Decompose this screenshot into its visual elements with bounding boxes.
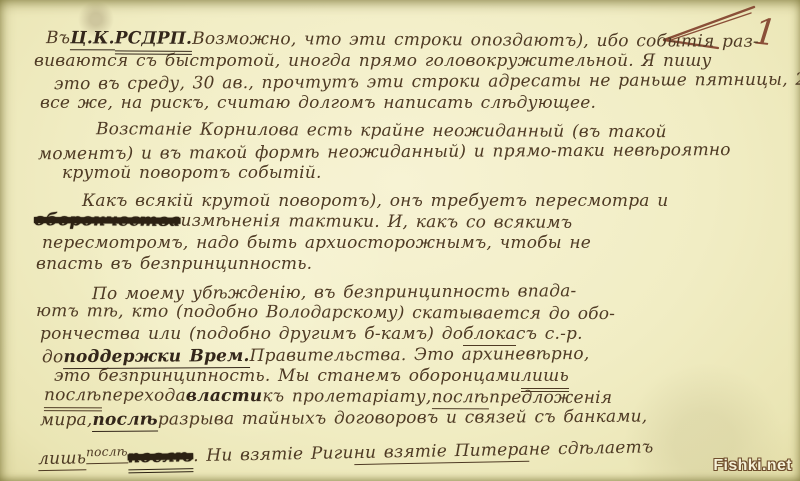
- manuscript-segment: къ пролетаріату,: [262, 386, 431, 408]
- manuscript-segment: мира,: [40, 410, 93, 431]
- manuscript-line: до поддержки Врем. Правительства. Это ар…: [42, 343, 782, 369]
- manuscript-line: моментъ) и въ такой формѣ неожиданный) и…: [38, 140, 782, 166]
- manuscript-line: лишь послѣ послѣ. Ни взятіе Риги ни взят…: [38, 429, 782, 464]
- manuscript-line: Въ Ц.К. РСДРП. Возможно, что эти строки …: [46, 28, 782, 53]
- manuscript-segment: лишь: [38, 448, 86, 471]
- manuscript-line: все же, на рискъ, считаю долгомъ написат…: [40, 93, 782, 114]
- manuscript-line: пересмотромъ, надо быть архиосторожнымъ,…: [42, 233, 782, 254]
- manuscript-segment: это безпринципность. Мы станемъ оборонца…: [54, 366, 521, 387]
- manuscript-segment: пересмотромъ, надо быть архиосторожнымъ,…: [42, 233, 591, 254]
- heading-addressee: РСДРП.: [115, 28, 193, 54]
- watermark-fishki: Fishki.net: [713, 457, 792, 475]
- manuscript-line: это безпринципность. Мы станемъ оборонца…: [54, 366, 782, 387]
- crossed-out-word: послѣ: [128, 446, 194, 473]
- manuscript-line: крутой поворотъ событій.: [62, 163, 782, 184]
- heading-addressee: Ц.К.: [70, 28, 115, 50]
- manuscript-segment: крутой поворотъ событій.: [62, 163, 322, 184]
- manuscript-segment: ютъ тѣ, кто (подобно Володарскому) скаты…: [36, 301, 615, 325]
- manuscript-line: это въ среду, 30 ав., прочтутъ эти строк…: [54, 70, 782, 95]
- manuscript-segment: не сдѣлаетъ: [529, 437, 654, 460]
- manuscript-segment: предложенія: [489, 387, 612, 409]
- manuscript-segment: послѣ: [44, 385, 102, 411]
- manuscript-line: рончества или (подобно другимъ б-камъ) д…: [40, 324, 782, 345]
- manuscript-line: мира, послѣ разрыва тайныхъ договоровъ и…: [40, 406, 782, 432]
- manuscript-segment: измѣненія тактики. И, какъ со всякимъ: [180, 211, 572, 234]
- manuscript-segment: блока: [463, 324, 516, 346]
- manuscript-segment: послѣ: [431, 387, 489, 409]
- manuscript-page: 1 Въ Ц.К. РСДРП. Возможно, что эти строк…: [0, 0, 800, 481]
- manuscript-segment: ни взятіе Питера: [353, 439, 529, 464]
- manuscript-segment: Правительства. Это архиневѣрно,: [250, 344, 590, 367]
- manuscript-segment: рончества или (подобно другимъ б-камъ) д…: [40, 324, 463, 345]
- manuscript-segment: Какъ всякій крутой поворотъ), онъ требуе…: [82, 191, 668, 212]
- manuscript-line: впасть въ безпринципность.: [36, 254, 782, 275]
- manuscript-line: ютъ тѣ, кто (подобно Володарскому) скаты…: [36, 301, 782, 326]
- manuscript-segment: моментъ) и въ такой формѣ неожиданный) и…: [38, 140, 731, 165]
- heading-word: Въ: [46, 28, 70, 49]
- manuscript-segment: все же, на рискъ, считаю долгомъ написат…: [40, 93, 596, 114]
- manuscript-segment: разрыва тайныхъ договоровъ и связей съ б…: [158, 407, 648, 431]
- manuscript-segment: перехода: [101, 385, 185, 406]
- manuscript-segment: Возможно, что эти строки опоздаютъ), ибо…: [192, 29, 759, 53]
- manuscript-line: оборончества измѣненія тактики. И, какъ …: [34, 210, 782, 235]
- manuscript-segment: впасть въ безпринципность.: [36, 254, 312, 275]
- manuscript-segment: послѣ: [92, 410, 157, 432]
- manuscript-segment: съ с.-р.: [516, 324, 583, 345]
- inserted-word: послѣ: [86, 441, 128, 464]
- manuscript-segment: это въ среду, 30 ав., прочтутъ эти строк…: [54, 69, 800, 95]
- manuscript-segment: поддержки Врем.: [63, 346, 249, 369]
- manuscript-segment: до: [42, 347, 64, 368]
- manuscript-text: Въ Ц.К. РСДРП. Возможно, что эти строки …: [34, 30, 782, 457]
- manuscript-segment: Возстаніе Корнилова есть крайне неожидан…: [96, 119, 667, 143]
- manuscript-segment: . Ни взятіе Риги: [193, 443, 354, 467]
- manuscript-line: Какъ всякій крутой поворотъ), онъ требуе…: [82, 191, 782, 212]
- manuscript-segment: власти: [186, 386, 263, 407]
- crossed-out-word: оборончества: [34, 210, 181, 232]
